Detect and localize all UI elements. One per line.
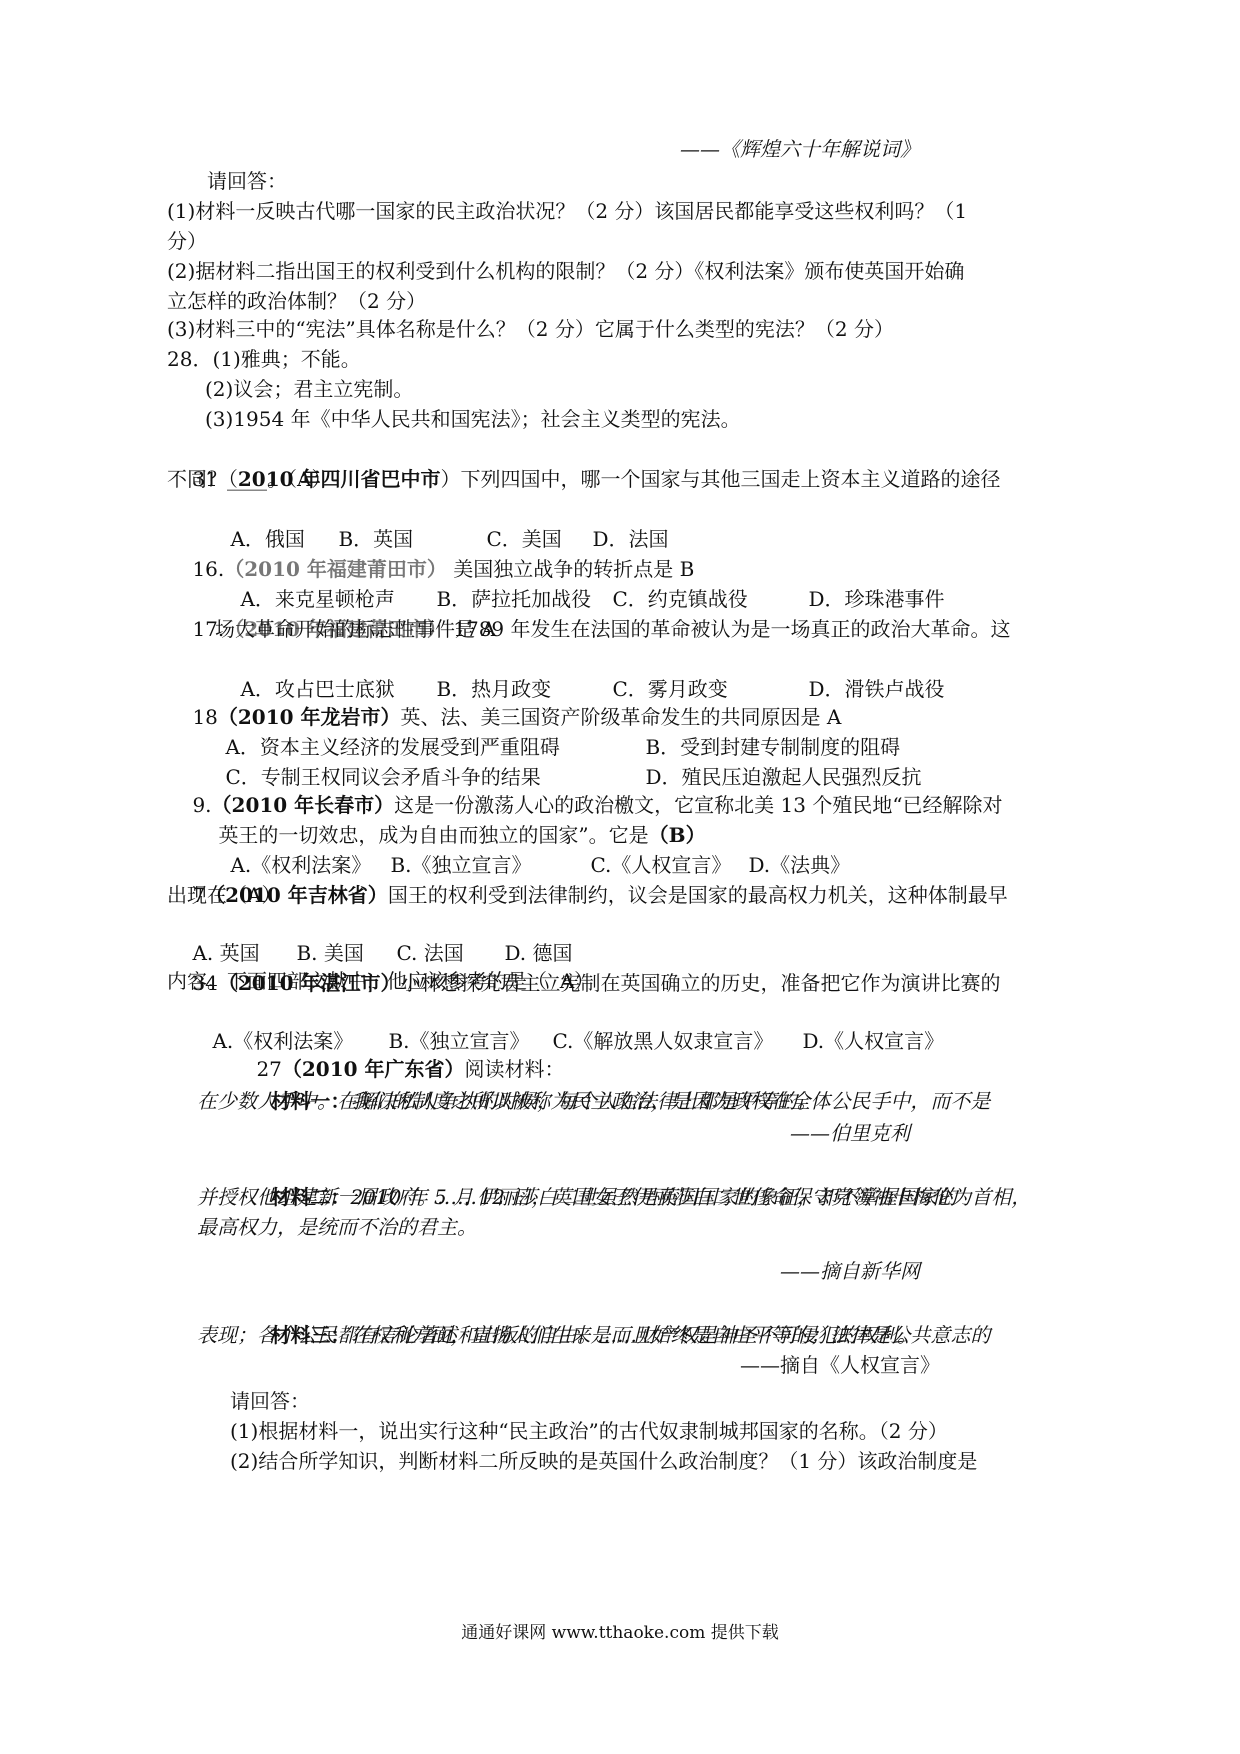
option-c: C.《解放黑人奴隶宣言》: [552, 1026, 802, 1056]
option-d: D.《人权宣言》: [802, 1026, 944, 1056]
question-text: 1789 年发生在法国的革命被认为是一场真正的政治大革命。这: [447, 617, 1011, 641]
prompt: 请回答：: [207, 166, 287, 196]
question-text: ）下列四国中，哪一个国家与其他三国走上资本主义道路的途径: [441, 467, 1001, 491]
question-27-2: (2)结合所学知识，判断材料二所反映的是英国什么政治制度？（1 分）该政治制度是: [230, 1446, 977, 1476]
source-citation: ——《辉煌六十年解说词》: [680, 134, 920, 164]
document-page: ——《辉煌六十年解说词》 请回答： (1)材料一反映古代哪一国家的民主政治状况？…: [0, 0, 1240, 1754]
answer-28-1: 28．(1)雅典；不能。: [167, 344, 361, 374]
material-1-cont: 在少数人手中。在解决私人争执的时候，每个人在法律上都是平等的。: [197, 1086, 817, 1116]
question-1-cont: 分）: [167, 226, 207, 256]
question-17-cont: 场大革命开始的标志性事件是 A: [215, 614, 496, 644]
question-27-1: (1)根据材料一，说出实行这种“民主政治”的古代奴隶制城邦国家的名称。（2 分）: [230, 1416, 948, 1446]
question-7-cont: 出现在（A）: [167, 880, 281, 910]
footer-watermark: 通通好课网 www.tthaoke.com 提供下载: [0, 1618, 1240, 1643]
answer-28-2: (2)议会；君主立宪制。: [205, 374, 413, 404]
question-2-cont: 立怎样的政治体制？（2 分）: [167, 286, 426, 316]
question-31-cont: 不同？____。（A）: [167, 464, 331, 494]
material-3-source: ——摘自《人权宣言》: [740, 1350, 940, 1380]
question-2: (2)据材料二指出国王的权利受到什么机构的限制？（2 分）《权利法案》颁布使英国…: [167, 256, 964, 286]
answer-28-3: (3)1954 年《中华人民共和国宪法》；社会主义类型的宪法。: [205, 404, 741, 434]
material-1-source: ——伯里克利: [790, 1118, 910, 1148]
prompt-2: 请回答：: [230, 1386, 310, 1416]
material-2-cont2: 最高权力，是统而不治的君主。: [197, 1212, 477, 1242]
material-2-source: ——摘自新华网: [780, 1256, 920, 1286]
question-34-cont: 内容。下面四部文献中，他应该参考的是（ A）: [167, 966, 594, 996]
question-3: (3)材料三中的“宪法”具体名称是什么？（2 分）它属于什么类型的宪法？（2 分…: [167, 314, 894, 344]
material-3-cont: 表现；各个公民都有言论著述和出版的自由。……财产权是神圣不可侵犯的权利。: [197, 1320, 917, 1350]
question-text: 国王的权利受到法律制约，议会是国家的最高权力机关，这种体制最早: [388, 883, 1008, 907]
material-2-cont: 并授权他组建新一届政府。……伊丽莎白二世虽然是英国国家的象征，却不掌握国家的: [197, 1182, 957, 1212]
question-1: (1)材料一反映古代哪一国家的民主政治状况？（2 分）该国居民都能享受这些权利吗…: [167, 196, 967, 226]
